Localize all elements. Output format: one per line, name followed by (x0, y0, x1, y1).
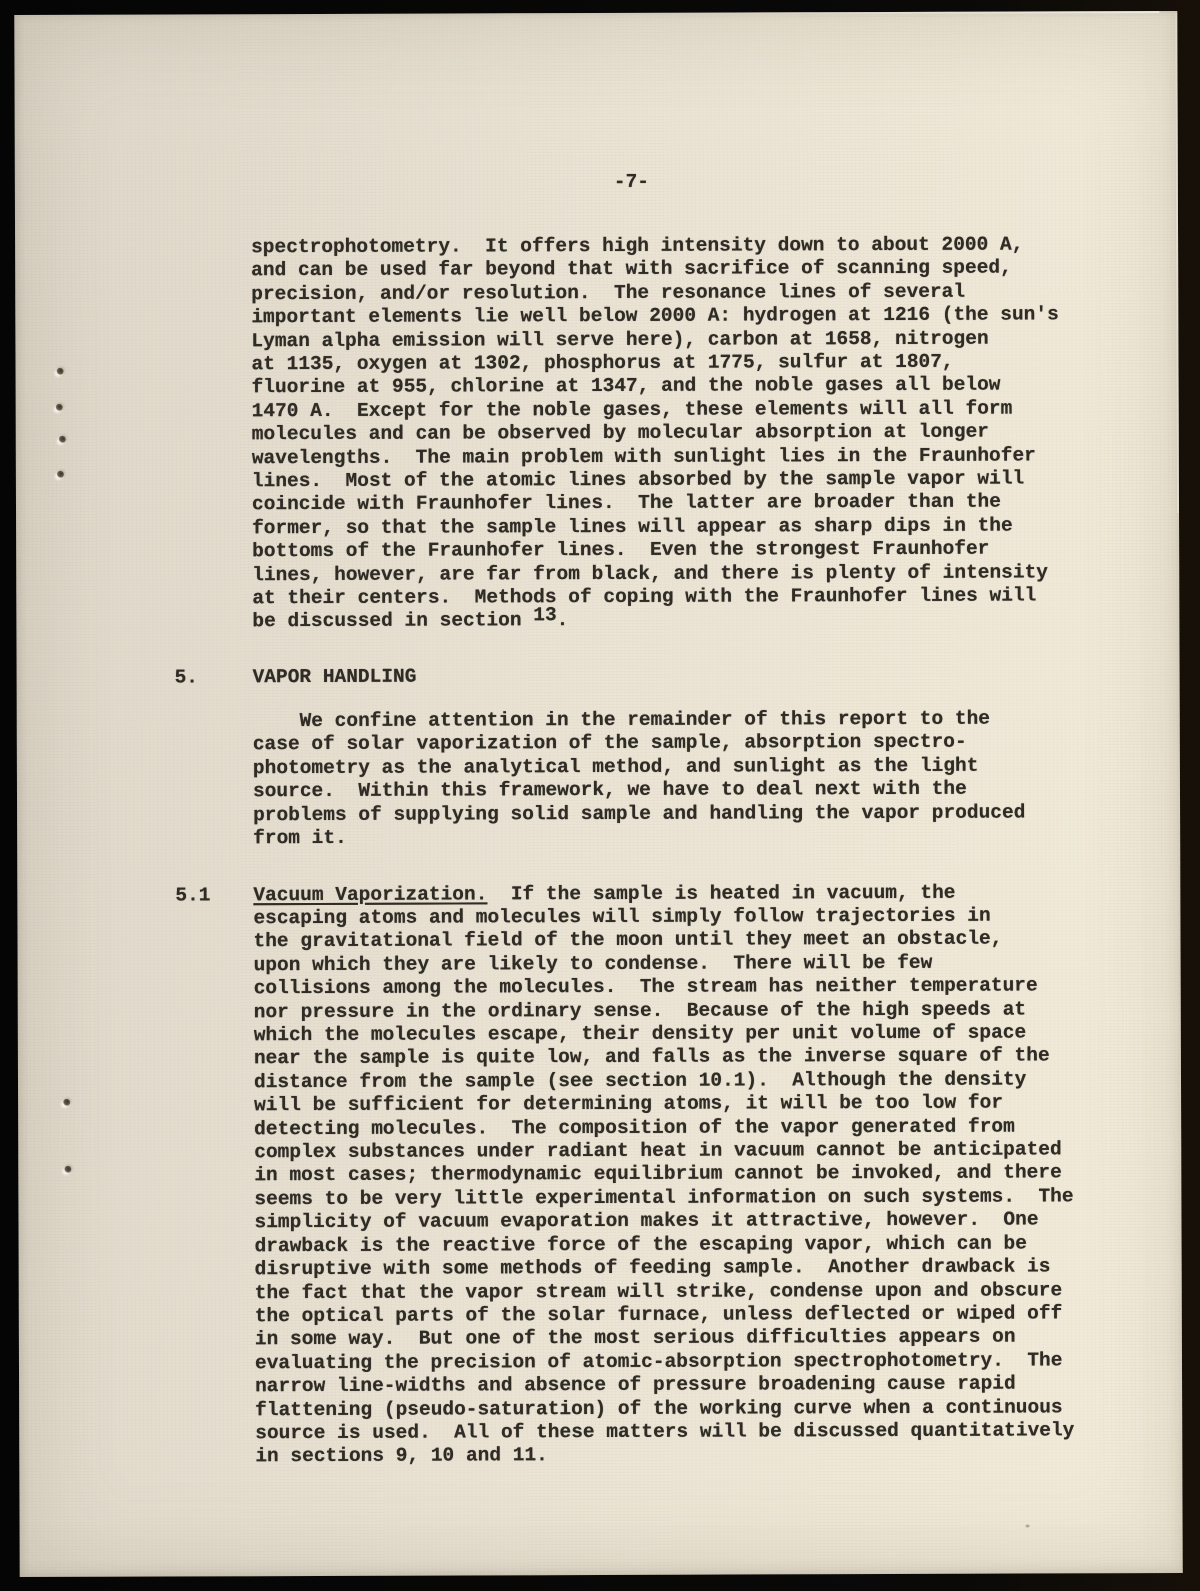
staple-hole-mark (56, 404, 63, 411)
section-5-paragraph: We confine attention in the remainder of… (253, 708, 1026, 851)
page-number: -7- (614, 171, 649, 195)
section-5-title: VAPOR HANDLING (253, 666, 417, 690)
paper-edge-highlight-right (1175, 13, 1179, 513)
intro-last-line-text: be discussed in section (252, 609, 533, 632)
section-5-1-first-line-rest: If the sample is heated in vacuum, the (487, 882, 955, 906)
staple-hole-mark (64, 1166, 71, 1173)
section-5-1-number: 5.1 (175, 884, 210, 908)
paper-edge-highlight-top (624, 11, 1159, 15)
staple-hole-mark (63, 1099, 70, 1106)
staple-hole-mark (57, 368, 64, 375)
intro-paragraph-last-line: be discussed in section 13. (252, 609, 568, 634)
staple-hole-mark (57, 471, 64, 478)
section-5-1-paragraph: escaping atoms and molecules will simply… (253, 904, 1074, 1469)
section-5-1-first-line: Vacuum Vaporization. If the sample is he… (253, 882, 955, 908)
section-5-number: 5. (175, 666, 198, 689)
intro-last-line-period: . (557, 609, 569, 631)
section-13-reference: 13 (533, 604, 556, 626)
section-5-1-heading: Vacuum Vaporization. (253, 883, 487, 906)
paper-speck (1026, 1524, 1030, 1527)
intro-paragraph: spectrophotometry. It offers high intens… (251, 233, 1060, 610)
document-page: -7- spectrophotometry. It offers high in… (14, 11, 1182, 1577)
staple-hole-mark (59, 436, 66, 443)
